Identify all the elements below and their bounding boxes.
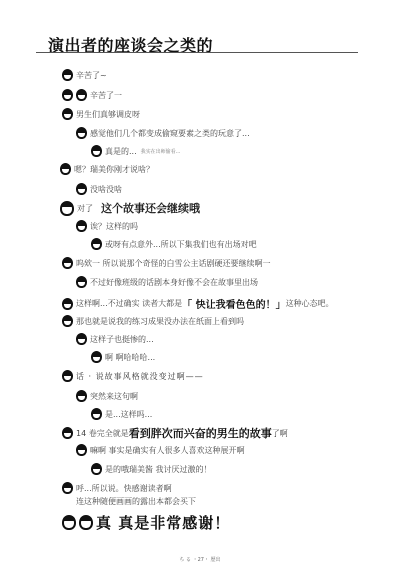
dialogue-line: 这样啊...不过确实 读者大都是 「 快让我看色色的！」 这种心态吧。 — [62, 296, 334, 311]
character-avatar-icon — [76, 183, 87, 195]
character-avatar-icon — [91, 408, 102, 420]
character-avatar-icon — [76, 390, 87, 402]
character-avatar-icon — [76, 444, 87, 456]
dialogue-text: 感觉他们几个都变成偷窥要素之类的玩意了... — [90, 128, 250, 139]
character-avatar-icon — [91, 463, 102, 475]
dialogue-text: 这样子也挺惨的... — [90, 334, 154, 345]
dialogue-line: 对了 这个故事还会继续哦 — [60, 200, 200, 216]
emphasis-text: 这个故事还会继续哦 — [101, 200, 200, 216]
character-avatar-icon — [62, 69, 73, 81]
character-avatar-icon — [79, 515, 93, 530]
dialogue-line: 辛苦了一 — [62, 89, 122, 101]
dialogue-line-final: 真 真是非常感谢！ — [62, 512, 230, 533]
character-avatar-icon — [62, 89, 73, 101]
title-rule — [36, 52, 358, 53]
dialogue-text: 连这种随便画画的露出本都会买下 — [76, 496, 196, 507]
character-avatar-icon — [60, 163, 71, 175]
character-avatar-icon — [76, 89, 87, 101]
character-avatar-icon — [76, 127, 87, 139]
character-avatar-icon — [62, 370, 73, 382]
dialogue-line: 嘛啊 事实是确实有人很多人喜欢这种展开啊 — [76, 444, 245, 456]
dialogue-text: 啊 啊哈哈哈... — [105, 352, 155, 363]
character-avatar-icon — [62, 427, 73, 439]
dialogue-text-after: 了啊 — [272, 428, 288, 439]
dialogue-text: 诶？这样的吗 — [90, 221, 138, 232]
dialogue-line: 啊 啊哈哈哈... — [91, 351, 155, 363]
dialogue-line-continued: 连这种随便画画的露出本都会买下 — [76, 496, 196, 507]
dialogue-text: 真是的... — [105, 146, 137, 157]
dialogue-text: 嗯？瑞美你刚才说啥？ — [74, 164, 154, 175]
dialogue-line: 呜欸一 所以说那个奇怪的白雪公主话剧硬还要继续啊一 — [62, 257, 271, 269]
dialogue-line: 诶？这样的吗 — [76, 220, 138, 232]
dialogue-text: 突然来这句啊 — [90, 391, 138, 402]
dialogue-line: 突然来这句啊 — [76, 390, 138, 402]
dialogue-line: 感觉他们几个都变成偷窥要素之类的玩意了... — [76, 127, 250, 139]
dialogue-text: 辛苦了一 — [90, 90, 122, 101]
dialogue-line: 那也就是说我的练习成果没办法在纸面上看到吗 — [62, 315, 244, 327]
character-avatar-icon — [76, 333, 87, 345]
dialogue-line: 没啥没啥 — [76, 183, 122, 195]
dialogue-line: 辛苦了~ — [62, 69, 107, 81]
dialogue-text: 呼...所以说。快感谢读者啊 — [76, 483, 172, 494]
dialogue-text: 那也就是说我的练习成果没办法在纸面上看到吗 — [76, 316, 244, 327]
dialogue-line: 嗯？瑞美你刚才说啥？ — [60, 163, 154, 175]
dialogue-text: 男生们真够调皮呀 — [76, 109, 140, 120]
character-avatar-icon — [91, 145, 102, 157]
dialogue-text: 是...这样吗... — [105, 409, 152, 420]
final-thanks-text: 真 真是非常感谢！ — [96, 512, 230, 533]
dialogue-line: 男生们真够调皮呀 — [62, 108, 140, 120]
dialogue-text: 没啥没啥 — [90, 184, 122, 195]
dialogue-text: 14 卷完全就是 — [76, 428, 129, 439]
dialogue-line: 这样子也挺惨的... — [76, 333, 154, 345]
character-avatar-icon — [76, 276, 87, 288]
character-avatar-icon — [62, 257, 73, 269]
character-avatar-icon — [62, 298, 73, 310]
character-avatar-icon — [62, 482, 73, 494]
dialogue-text: 呜欸一 所以说那个奇怪的白雪公主话剧硬还要继续啊一 — [76, 258, 271, 269]
character-avatar-icon — [62, 108, 73, 120]
dialogue-text-after: 这种心态吧。 — [286, 298, 334, 309]
character-avatar-icon — [91, 238, 102, 250]
dialogue-text: 辛苦了~ — [76, 70, 107, 81]
bracket-emphasis-text: 「 快让我看色色的！」 — [182, 296, 285, 311]
character-avatar-icon — [62, 315, 73, 327]
dialogue-line: 或呀有点意外...所以下集我们也有出场对吧 — [91, 238, 257, 250]
character-avatar-icon — [60, 201, 74, 216]
aside-text: 我实在出师偷看... — [141, 148, 181, 155]
dialogue-line: 呼...所以说。快感谢读者啊 — [62, 482, 172, 494]
dialogue-line: 是...这样吗... — [91, 408, 152, 420]
dialogue-text: 嘛啊 事实是确实有人很多人喜欢这种展开啊 — [90, 445, 245, 456]
dialogue-text: 或呀有点意外...所以下集我们也有出场对吧 — [105, 239, 257, 250]
character-avatar-icon — [62, 515, 76, 530]
character-avatar-icon — [91, 351, 102, 363]
page-footer: ち る ・27・ 歴出 — [0, 556, 400, 563]
dialogue-text: 不过好像班级的话剧本身好像不会在故事里出场 — [90, 277, 258, 288]
dialogue-text: 对了 — [77, 203, 93, 214]
dialogue-line: 是的哦瑞美酱 我讨厌过激的！ — [91, 463, 212, 475]
emphasis-text: 看到胖次而兴奋的男生的故事 — [129, 425, 272, 441]
dialogue-line: 真是的... 我实在出师偷看... — [91, 145, 180, 157]
character-avatar-icon — [76, 220, 87, 232]
dialogue-line: 14 卷完全就是 看到胖次而兴奋的男生的故事 了啊 — [62, 425, 288, 441]
dialogue-text: 话 · 说故事风格就没变过啊—— — [76, 371, 204, 382]
dialogue-text: 是的哦瑞美酱 我讨厌过激的！ — [105, 464, 212, 475]
dialogue-line: 话 · 说故事风格就没变过啊—— — [62, 370, 204, 382]
dialogue-text: 这样啊...不过确实 读者大都是 — [76, 298, 182, 309]
dialogue-line: 不过好像班级的话剧本身好像不会在故事里出场 — [76, 276, 258, 288]
